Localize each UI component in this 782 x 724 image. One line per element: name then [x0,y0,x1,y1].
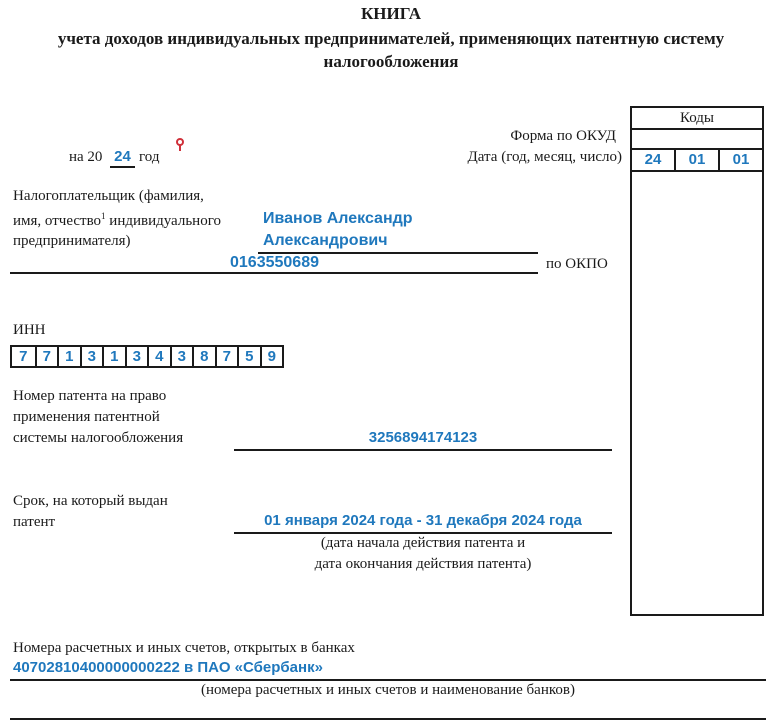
inn-digit: 1 [102,347,125,366]
inn-digit: 7 [35,347,58,366]
inn-digit: 7 [12,347,35,366]
taxpayer-name-line2[interactable]: Александрович [263,232,388,250]
patent-number-label-line1: Номер патента на право [13,388,166,405]
inn-field[interactable]: 7 7 1 3 1 3 4 3 8 7 5 9 [10,345,284,368]
okpo-label: по ОКПО [546,256,608,273]
inn-digit: 8 [192,347,215,366]
inn-digit: 5 [237,347,260,366]
accounts-underline [10,679,766,681]
year-field[interactable]: 24 [110,148,135,168]
patent-term-hint-line2: дата окончания действия патента) [234,556,612,573]
taxpayer-label-text: имя, отчество [13,213,101,229]
okpo-field[interactable]: 0163550689 [230,254,319,272]
codes-box: Коды 24 01 01 [630,106,764,616]
patent-term-underline [234,532,612,534]
taxpayer-label-text-b: индивидуального [106,213,221,229]
inn-digit: 3 [80,347,103,366]
date-day-field[interactable]: 01 [718,150,762,170]
document-subtitle-line2: налогообложения [0,52,782,72]
date-year-field[interactable]: 24 [632,150,674,170]
inn-digit: 7 [215,347,238,366]
inn-digit: 4 [147,347,170,366]
pin-marker-icon [175,138,185,152]
codes-header: Коды [632,108,762,130]
document-subtitle-line1: учета доходов индивидуальных предпринима… [0,29,782,49]
inn-digit: 1 [57,347,80,366]
year-suffix: год [139,149,159,166]
patent-term-label-line1: Срок, на который выдан [13,493,168,510]
taxpayer-label-line1: Налогоплательщик (фамилия, [13,188,204,205]
inn-digit: 9 [260,347,283,366]
accounts-field[interactable]: 40702810400000000222 в ПАО «Сбербанк» [13,659,323,676]
okud-code-field[interactable] [632,130,762,150]
patent-term-field[interactable]: 01 января 2024 года - 31 декабря 2024 го… [234,512,612,529]
inn-label: ИНН [13,322,46,339]
inn-digit: 3 [170,347,193,366]
patent-number-label-line3: системы налогообложения [13,430,183,447]
date-month-field[interactable]: 01 [674,150,718,170]
patent-number-label-line2: применения патентной [13,409,160,426]
accounts-label: Номера расчетных и иных счетов, открытых… [13,640,355,657]
accounts-hint: (номера расчетных и иных счетов и наимен… [10,682,766,699]
document-title: КНИГА [0,4,782,24]
patent-number-underline [234,449,612,451]
date-label: Дата (год, месяц, число) [420,149,622,166]
patent-term-label-line2: патент [13,514,55,531]
taxpayer-label-line3: предпринимателя) [13,233,130,250]
date-code-row: 24 01 01 [632,150,762,172]
okpo-underline [10,272,538,274]
inn-digit: 3 [125,347,148,366]
okud-label: Форма по ОКУД [440,128,616,145]
patent-number-field[interactable]: 3256894174123 [234,429,612,446]
taxpayer-label-line2: имя, отчество1 индивидуального [13,211,221,230]
patent-term-hint-line1: (дата начала действия патента и [234,535,612,552]
year-prefix: на 20 [69,149,102,166]
accounts-second-underline [10,718,766,720]
taxpayer-name-line1[interactable]: Иванов Александр [263,210,413,228]
